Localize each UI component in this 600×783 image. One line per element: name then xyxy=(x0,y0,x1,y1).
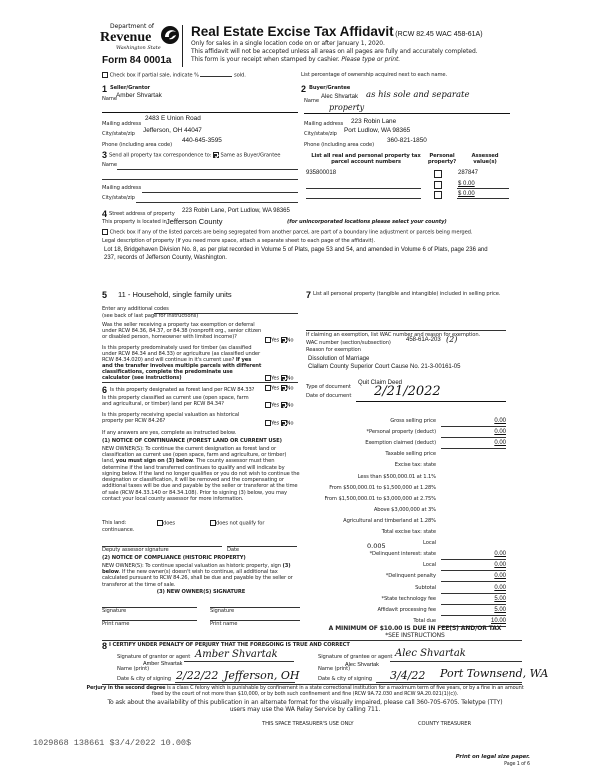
personal-property-input[interactable] xyxy=(306,330,506,331)
dor-logo: Department of Revenue Washington State xyxy=(100,24,180,54)
grantee-signature[interactable]: Alec Shvartak xyxy=(395,648,466,660)
q-historic: Is this property receiving special valua… xyxy=(102,413,257,425)
see-back-note: (see back of last page for instructions) xyxy=(102,314,198,320)
grantor-sig-line xyxy=(184,661,294,662)
q-forest: Is this property designated as forest la… xyxy=(110,388,254,394)
legal-line-2: 237, records of Jefferson County, Washin… xyxy=(104,255,227,262)
parcel-number-line xyxy=(306,198,421,199)
q-forest-answer: Yes No xyxy=(265,385,294,392)
grantor-date[interactable]: 2/22/22 xyxy=(176,670,218,683)
property-section: 4 Street address of property 223 Robin L… xyxy=(102,209,522,269)
legal-line-1[interactable]: Lot 18, Bridgehaven Division No. 8, as p… xyxy=(104,247,488,254)
use-code-select[interactable]: 11 - Household, single family units xyxy=(118,291,232,300)
no-label: No xyxy=(287,386,294,392)
tax-row-line xyxy=(441,437,506,438)
parcel-table: List all real and personal property tax … xyxy=(303,153,513,209)
tax-row-label: Local xyxy=(423,563,436,569)
grantor-signature[interactable]: Amber Shvartak xyxy=(195,649,278,661)
q-timber-no[interactable] xyxy=(281,375,287,381)
tax-row-label: Total due xyxy=(413,619,436,625)
does-checkbox[interactable] xyxy=(157,520,163,526)
form-title: Real Estate Excise Tax Affidavit (RCW 82… xyxy=(191,24,483,40)
tax-row: Taxable selling price xyxy=(306,452,506,462)
tax-row: Above $3,000,000 at 3% xyxy=(306,508,506,518)
header-note-3: This form is your receipt when stamped b… xyxy=(191,57,400,64)
q-exemption-answer: Yes No xyxy=(265,337,294,344)
tax-row-label: Less than $500,000.01 at 1.1% xyxy=(358,475,436,481)
partial-sale-suffix: sold. xyxy=(234,73,246,79)
section5-divider xyxy=(102,382,298,383)
seller-mailing-label: Mailing address xyxy=(102,122,141,128)
tax-row-label: Taxable selling price xyxy=(385,452,436,458)
legal-label: Legal description of property (If you ne… xyxy=(102,239,375,245)
correspondence-label: Send all property tax correspondence to:… xyxy=(109,152,280,159)
correspondence-name-field[interactable] xyxy=(117,169,298,170)
tax-row-label: From $1,500,000.01 to $3,000,000 at 2.75… xyxy=(324,497,436,503)
partial-sale-checkbox[interactable] xyxy=(102,72,108,78)
title-ref: (RCW 82.45 WAC 458-61A) xyxy=(395,31,482,38)
yes-label: Yes xyxy=(271,386,279,392)
grantee-date[interactable]: 3/4/22 xyxy=(390,670,425,683)
seller-name[interactable]: Amber Shvartak xyxy=(116,92,162,99)
grantor-date-label: Date & city of signing xyxy=(117,677,171,683)
seller-name-label: Name xyxy=(102,97,117,103)
yes-label: Yes xyxy=(271,421,279,427)
buyer-heading: Buyer/Grantee xyxy=(309,86,350,92)
located-label: This property is located in xyxy=(102,220,167,226)
same-as-buyer-label: Same as Buyer/Grantee xyxy=(221,153,281,159)
tax-row: Less than $500,000.01 at 1.1% xyxy=(306,475,506,485)
grantor-city[interactable]: Jefferson, OH xyxy=(224,670,299,683)
section8-number: 8 xyxy=(102,641,107,651)
grantor-name[interactable]: Amber Shvartak xyxy=(143,661,182,667)
title-text: Real Estate Excise Tax Affidavit xyxy=(191,24,394,39)
signature-2-label: Signature xyxy=(210,609,234,615)
q-current-use-no[interactable] xyxy=(281,402,287,408)
grantor-name-label: Name (print) xyxy=(117,667,149,673)
q-forest-yes[interactable] xyxy=(265,385,271,391)
seller-city[interactable]: Jefferson, OH 44047 xyxy=(143,127,202,134)
q-historic-yes[interactable] xyxy=(265,420,271,426)
correspondence-text: Send all property tax correspondence to: xyxy=(109,153,211,159)
tax-row-line xyxy=(441,559,506,560)
notice1-c: . The county assessor must then determin… xyxy=(102,458,300,501)
notice1-text: NEW OWNER(S): To continue the current de… xyxy=(102,446,300,502)
q-exemption-yes[interactable] xyxy=(265,337,271,343)
parcel-row: $ 0.00 xyxy=(303,191,513,201)
segregated-label: Check box if any of the listed parcels a… xyxy=(110,230,473,236)
seller-number: 1 xyxy=(102,84,107,94)
parcel-row: $ 0.00 xyxy=(303,181,513,191)
notice3-title: (3) NEW OWNER(S) SIGNATURE xyxy=(102,590,300,596)
tax-row-line xyxy=(441,593,506,594)
doc-date-line xyxy=(356,401,506,402)
grantee-sig-label: Signature of grantee or agent xyxy=(318,655,392,661)
assessed-value-line xyxy=(457,198,509,199)
correspondence-number: 3 xyxy=(102,150,107,160)
yes-label: Yes xyxy=(271,338,279,344)
tax-row-value[interactable]: 0.00 xyxy=(441,418,506,425)
county-select[interactable]: Jefferson County xyxy=(166,218,223,227)
tax-row: *Delinquent interest: state 0.00 xyxy=(306,552,506,562)
tax-row: *Delinquent penalty 0.00 xyxy=(306,574,506,584)
assessed-col-header: Assessed value(s) xyxy=(465,153,505,165)
personal-property-checkbox[interactable] xyxy=(434,170,442,178)
buyer-mailing[interactable]: 223 Robin Lane xyxy=(351,118,396,125)
tax-row-label: *State technology fee xyxy=(381,597,436,603)
tax-row-value[interactable]: 0.00 xyxy=(441,551,506,558)
correspondence-city-label: City/state/zip xyxy=(102,196,135,202)
tax-row-label: Affidavit processing fee xyxy=(377,608,436,614)
wac-input[interactable]: 458-61A-203 xyxy=(406,337,441,344)
parcel-col-header: List all real and personal property tax … xyxy=(311,153,421,165)
tax-row: Local xyxy=(306,541,506,551)
does-not-checkbox[interactable] xyxy=(210,520,216,526)
section8-top-line xyxy=(102,640,522,641)
county-note: (for unincorporated locations please sel… xyxy=(287,220,447,226)
notice1-title: (1) NOTICE OF CONTINUANCE (FOREST LAND O… xyxy=(102,439,282,445)
header-note-2: This affidavit will not be accepted unle… xyxy=(191,49,478,56)
tax-row-label: *Delinquent penalty xyxy=(386,574,436,580)
section-6: 6 Is this property designated as forest … xyxy=(102,385,298,630)
tax-row: From $1,500,000.01 to $3,000,000 at 2.75… xyxy=(306,497,506,507)
q-timber: Is this property predominately used for … xyxy=(102,346,262,382)
segregated-row: Check box if any of the listed parcels a… xyxy=(102,229,472,236)
county-treasurer-label: COUNTY TREASURER xyxy=(418,722,471,728)
grantee-city[interactable]: Port Townsend, WA xyxy=(440,668,548,681)
tax-row-label: Exemption claimed (deduct) xyxy=(365,441,436,447)
tax-row: Affidavit processing fee 5.00 xyxy=(306,608,506,618)
local-rate: 0.005 xyxy=(367,543,386,550)
tax-row: Local 0.00 xyxy=(306,563,506,573)
buyer-name-handwritten-2: property xyxy=(329,103,364,112)
buyer-name[interactable]: Alec Shvartak xyxy=(321,94,358,101)
q-current-use-yes[interactable] xyxy=(265,402,271,408)
does-option: does xyxy=(157,520,175,527)
header-divider xyxy=(182,25,183,67)
wac-handwritten: (2) xyxy=(446,335,457,344)
assessed-value[interactable]: $ 0.00 xyxy=(458,191,475,198)
grantee-sig-line xyxy=(390,661,522,662)
assessed-value-line xyxy=(457,188,509,189)
buyer-phone-label: Phone (including area code) xyxy=(304,143,374,149)
buyer-city-label: City/state/zip xyxy=(304,132,337,138)
parcel-number[interactable]: 935800018 xyxy=(306,170,336,177)
seller-phone[interactable]: 440-645-3595 xyxy=(182,137,222,144)
tax-row-label: *Delinquent interest: state xyxy=(370,552,436,558)
personal-col-header: Personal property? xyxy=(425,153,459,165)
notice2-title: (2) NOTICE OF COMPLIANCE (HISTORIC PROPE… xyxy=(102,556,246,562)
deputy-label: Deputy assessor signature xyxy=(102,548,169,554)
seller-name-line xyxy=(102,112,298,113)
q-timber-yes[interactable] xyxy=(265,375,271,381)
receipt-stamp: 1029868 138661 $3/4/2022 10.00$ xyxy=(33,739,191,749)
dor-swirl-icon xyxy=(160,25,180,45)
partial-sale-row: Check box if partial sale, indicate % so… xyxy=(102,72,246,79)
tax-row-label: Total excise tax: state xyxy=(382,530,436,536)
tax-row-value[interactable]: 0.00 xyxy=(441,562,506,569)
tax-row: Agricultural and timberland at 1.28% xyxy=(306,519,506,529)
tax-row-label: Gross selling price xyxy=(390,419,436,425)
notice2-text: NEW OWNER(S): To continue special valuat… xyxy=(102,563,300,588)
section6-number: 6 xyxy=(102,385,107,395)
no-label: No xyxy=(287,376,294,382)
tax-row-label: Subtotal xyxy=(415,586,436,592)
if-yes-note: If any answers are yes, complete as inst… xyxy=(102,431,236,437)
parcel-number-line xyxy=(306,188,421,189)
q-historic-answer: Yes No xyxy=(265,420,294,427)
reason-label: Reason for exemption xyxy=(306,348,361,354)
notice2-a: NEW OWNER(S): To continue special valuat… xyxy=(102,563,282,569)
same-as-buyer-checkbox[interactable] xyxy=(213,152,219,158)
page-number: Page 1 of 6 xyxy=(430,762,530,768)
doc-date-input[interactable]: 2/21/2022 xyxy=(374,385,441,400)
tax-row-value[interactable]: 0.00 xyxy=(441,440,506,447)
does-not-label: does not qualify for xyxy=(216,521,264,527)
grantee-name[interactable]: Alec Shvartak xyxy=(345,662,379,668)
tax-row: *Personal property (deduct) 0.00 xyxy=(306,430,506,440)
tax-row-label: Local xyxy=(423,541,436,547)
treasurer-use-label: THIS SPACE TREASURER'S USE ONLY xyxy=(262,722,353,728)
buyer-number: 2 xyxy=(301,84,306,94)
alt-format-notice: To ask about the availability of this pu… xyxy=(100,700,510,714)
tax-row-value[interactable]: 5.00 xyxy=(441,596,506,603)
print-name-1-label: Print name xyxy=(102,622,129,628)
seller-phone-label: Phone (including area code) xyxy=(102,143,172,149)
correspondence-mailing-label: Mailing address xyxy=(102,186,141,192)
buyer-mailing-label: Mailing address xyxy=(304,122,343,128)
perjury-text: is a class C felony which is punishable … xyxy=(152,685,524,697)
q-exemption: Was the seller receiving a property tax … xyxy=(102,323,264,341)
no-label: No xyxy=(287,338,294,344)
yes-label: Yes xyxy=(271,376,279,382)
tax-row-label: Excise tax: state xyxy=(395,463,436,469)
yes-label: Yes xyxy=(271,403,279,409)
grantee-date-label: Date & city of signing xyxy=(318,677,372,683)
tax-row: Total excise tax: state xyxy=(306,530,506,540)
personal-property-checkbox[interactable] xyxy=(434,181,442,189)
see-instructions: *SEE INSTRUCTIONS xyxy=(300,633,530,640)
reason-line-1[interactable]: Dissolution of Marriage xyxy=(308,356,369,363)
tax-row: Subtotal 0.00 xyxy=(306,586,506,596)
reason-line-2: Clallam County Superior Court Cause No. … xyxy=(308,364,460,371)
tax-row: Gross selling price 0.00 xyxy=(306,419,506,429)
buyer-name-label: Name xyxy=(304,99,319,105)
section-7: 7 List all personal property (tangible a… xyxy=(306,290,516,425)
street-label: Street address of property xyxy=(109,212,175,218)
buyer-city[interactable]: Port Ludlow, WA 98365 xyxy=(344,127,410,134)
form-number: Form 84 0001a xyxy=(102,55,172,67)
buyer-phone[interactable]: 360-821-1850 xyxy=(387,137,427,144)
no-label: No xyxy=(287,421,294,427)
tax-row-line xyxy=(441,604,506,605)
tax-row-label: Above $3,000,000 at 3% xyxy=(374,508,436,514)
tax-row: Exemption claimed (deduct) 0.00 xyxy=(306,441,506,451)
ownership-note: List percentage of ownership acquired ne… xyxy=(301,73,447,79)
correspondence-mailing-field[interactable] xyxy=(142,192,298,193)
street-value[interactable]: 223 Robin Lane, Port Ludlow, WA 98365 xyxy=(182,208,290,215)
tax-row-line xyxy=(441,448,506,449)
date-label: Date xyxy=(227,548,239,554)
q-current-use-answer: Yes No xyxy=(265,402,294,409)
notice1-b: you must sign on (3) below xyxy=(116,458,193,464)
tax-row-value[interactable]: 5.00 xyxy=(441,607,506,614)
doc-date-label: Date of document xyxy=(306,394,351,400)
tax-row-line xyxy=(441,570,506,571)
tax-row-value[interactable]: 0.00 xyxy=(441,429,506,436)
assessed-value[interactable]: $ 0.00 xyxy=(458,181,475,188)
does-not-option: does not qualify for xyxy=(210,520,264,527)
tax-row-value[interactable]: 0.00 xyxy=(441,573,506,580)
tax-row-value[interactable]: 10.00 xyxy=(441,618,506,625)
tax-row-value[interactable]: 0.00 xyxy=(441,585,506,592)
signature-1-label: Signature xyxy=(102,609,126,615)
does-label: does xyxy=(163,521,175,527)
print-legal-note: Print on legal size paper. xyxy=(430,754,530,760)
tax-row: *State technology fee 5.00 xyxy=(306,597,506,607)
doc-type-label: Type of document xyxy=(306,385,351,391)
type-print-note: Please type or print. xyxy=(341,56,400,63)
buyer-name-handwritten: as his sole and separate xyxy=(366,91,469,101)
assessed-value[interactable]: 287847 xyxy=(458,170,478,177)
q-current-use: Is this property classified as current u… xyxy=(102,396,257,408)
correspondence-name-label: Name xyxy=(102,163,117,169)
tax-row-line xyxy=(441,581,506,582)
section5-number: 5 xyxy=(102,290,107,300)
seller-mailing[interactable]: 2483 E Union Road xyxy=(145,115,201,122)
buyer-name-line xyxy=(304,113,510,114)
tax-row-line xyxy=(441,426,506,427)
no-label: No xyxy=(287,403,294,409)
partial-sale-label: Check box if partial sale, indicate % xyxy=(110,73,199,79)
q-historic-no[interactable] xyxy=(281,420,287,426)
perjury-notice: Perjury in the second degree is a class … xyxy=(85,686,525,698)
tax-row-label: *Personal property (deduct) xyxy=(367,430,436,436)
section-5: 5 11 - Household, single family units En… xyxy=(102,290,298,390)
property-number: 4 xyxy=(102,209,107,219)
continuance-label: continuance. xyxy=(102,528,134,534)
q-forest-no[interactable] xyxy=(281,385,287,391)
q-exemption-no[interactable] xyxy=(281,337,287,343)
receipt-note: This form is your receipt when stamped b… xyxy=(191,56,341,63)
segregated-checkbox[interactable] xyxy=(102,229,108,235)
tax-row-label: Agricultural and timberland at 1.28% xyxy=(343,519,436,525)
tax-row-line xyxy=(441,615,506,616)
seller-city-label: City/state/zip xyxy=(102,132,135,138)
correspondence-city-field[interactable] xyxy=(136,202,298,203)
notice2-c: . If the new owner(s) doesn't wish to co… xyxy=(102,569,293,587)
tax-row-label: From $500,000.01 to $1,500,000 at 1.28% xyxy=(329,486,436,492)
tax-row: From $500,000.01 to $1,500,000 at 1.28% xyxy=(306,486,506,496)
parcel-row: 935800018 287847 xyxy=(303,170,513,180)
correspondence-section: 3 Send all property tax correspondence t… xyxy=(102,150,298,208)
header-note-1: Only for sales in a single location code… xyxy=(191,41,385,48)
tax-row: Excise tax: state xyxy=(306,463,506,473)
partial-sale-input[interactable] xyxy=(200,76,232,77)
correspondence-name-line-2 xyxy=(102,179,298,180)
wa-state-label: Washington State xyxy=(116,46,161,52)
revenue-label: Revenue xyxy=(100,30,151,46)
personal-property-label: List all personal property (tangible and… xyxy=(306,292,504,298)
personal-property-checkbox[interactable] xyxy=(434,191,442,199)
print-name-2-label: Print name xyxy=(210,622,237,628)
